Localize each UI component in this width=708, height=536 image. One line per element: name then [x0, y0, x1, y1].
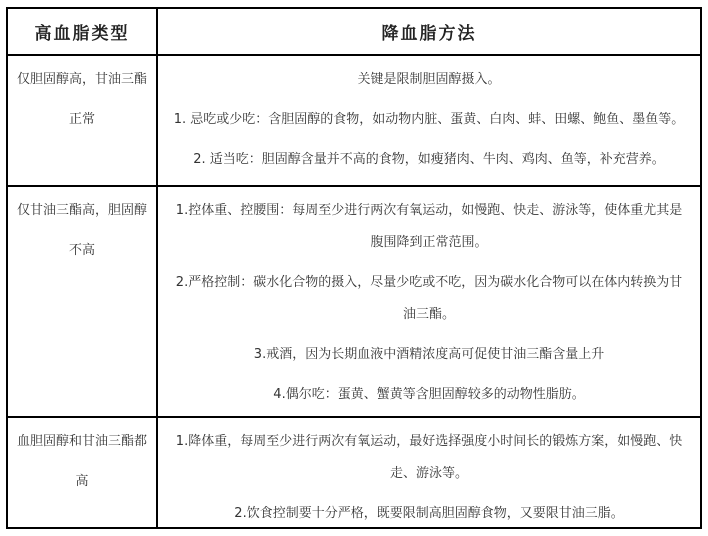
header-lipid-type: 高血脂类型 [8, 9, 158, 54]
lipid-type-cell: 仅甘油三酯高，胆固醇不高 [8, 187, 158, 416]
lipid-type-cell: 仅胆固醇高，甘油三酯正常 [8, 56, 158, 185]
method-line: 2.严格控制：碳水化合物的摄入，尽量少吃或不吃，因为碳水化合物可以在体内转换为甘… [170, 267, 688, 331]
lipid-type-cell: 血胆固醇和甘油三酯都高 [8, 418, 158, 529]
method-line: 2. 适当吃：胆固醇含量并不高的食物，如瘦猪肉、牛肉、鸡肉、鱼等，补充营养。 [170, 144, 688, 176]
method-line: 1. 忌吃或少吃：含胆固醇的食物，如动物内脏、蛋黄、白肉、蚌、田螺、鲍鱼、墨鱼等… [170, 104, 688, 136]
method-line: 关键是限制胆固醇摄入。 [170, 64, 688, 96]
method-line: 1.控体重、控腰围：每周至少进行两次有氧运动，如慢跑、快走、游泳等，使体重尤其是… [170, 195, 688, 259]
hyperlipidemia-table: 高血脂类型 降血脂方法 仅胆固醇高，甘油三酯正常 关键是限制胆固醇摄入。 1. … [6, 7, 702, 529]
table-header-row: 高血脂类型 降血脂方法 [8, 9, 700, 54]
method-line: 4.偶尔吃：蛋黄、蟹黄等含胆固醇较多的动物性脂肪。 [170, 379, 688, 411]
method-line: 1.降体重，每周至少进行两次有氧运动，最好选择强度小时间长的锻炼方案，如慢跑、快… [170, 426, 688, 490]
table-row-triglyceride-only: 仅甘油三酯高，胆固醇不高 1.控体重、控腰围：每周至少进行两次有氧运动，如慢跑、… [8, 185, 700, 416]
methods-cell: 1.降体重，每周至少进行两次有氧运动，最好选择强度小时间长的锻炼方案，如慢跑、快… [158, 418, 700, 529]
table-row-both-high: 血胆固醇和甘油三酯都高 1.降体重，每周至少进行两次有氧运动，最好选择强度小时间… [8, 416, 700, 529]
methods-cell: 关键是限制胆固醇摄入。 1. 忌吃或少吃：含胆固醇的食物，如动物内脏、蛋黄、白肉… [158, 56, 700, 185]
method-line: 3.戒酒，因为长期血液中酒精浓度高可促使甘油三酯含量上升 [170, 339, 688, 371]
method-line: 2.饮食控制要十分严格，既要限制高胆固醇食物，又要限甘油三脂。 [170, 498, 688, 529]
table-row-cholesterol-only: 仅胆固醇高，甘油三酯正常 关键是限制胆固醇摄入。 1. 忌吃或少吃：含胆固醇的食… [8, 54, 700, 185]
methods-cell: 1.控体重、控腰围：每周至少进行两次有氧运动，如慢跑、快走、游泳等，使体重尤其是… [158, 187, 700, 416]
header-lowering-method: 降血脂方法 [158, 9, 700, 54]
